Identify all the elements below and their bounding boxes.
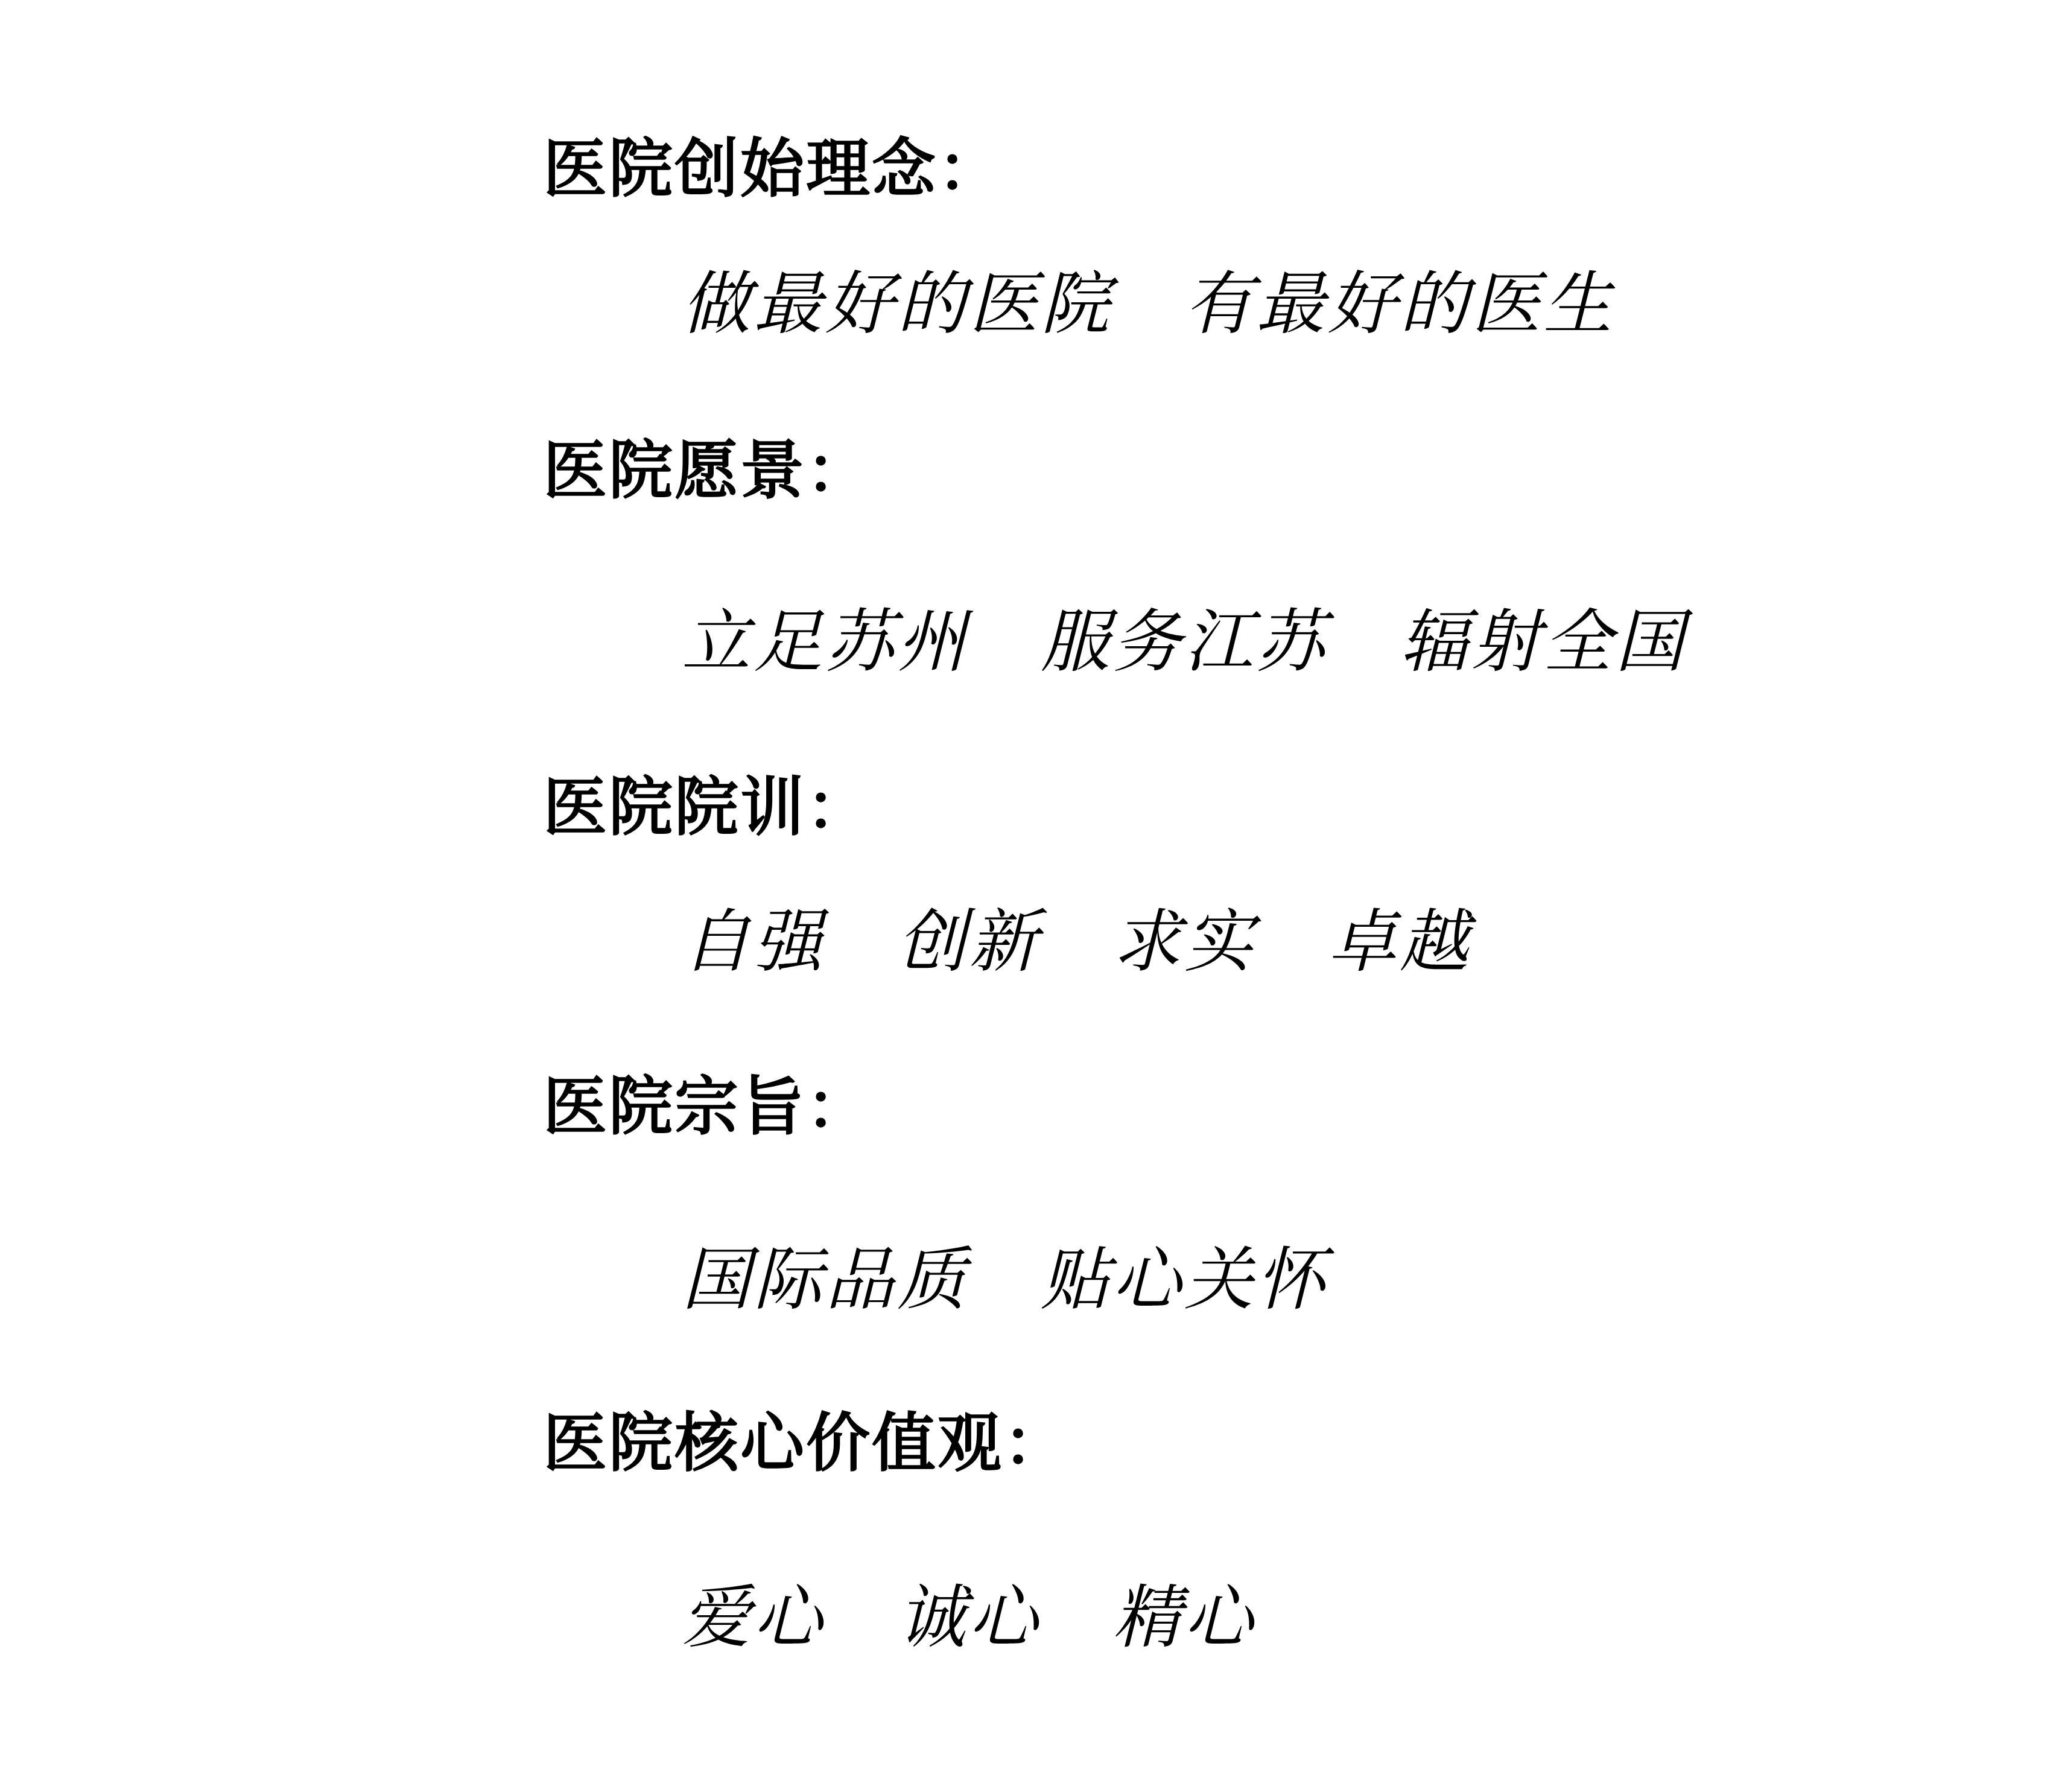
heading-purpose: 医院宗旨： xyxy=(543,1072,872,1142)
heading-founding-philosophy: 医院创始理念： xyxy=(543,134,1003,205)
text-purpose: 国际品质 贴心关怀 xyxy=(682,1240,1328,1319)
text-founding-philosophy: 做最好的医院 有最好的医生 xyxy=(682,264,1615,343)
document-page: 医院创始理念： 做最好的医院 有最好的医生 医院愿景： 立足苏州 服务江苏 辐射… xyxy=(0,0,2056,1792)
text-core-values: 爱心 诚心 精心 xyxy=(682,1578,1256,1657)
text-vision: 立足苏州 服务江苏 辐射全国 xyxy=(682,602,1687,681)
heading-motto: 医院院训： xyxy=(543,772,872,843)
heading-vision: 医院愿景： xyxy=(543,436,872,506)
heading-core-values: 医院核心价值观： xyxy=(543,1408,1069,1479)
text-motto: 自强 创新 求实 卓越 xyxy=(682,902,1471,981)
